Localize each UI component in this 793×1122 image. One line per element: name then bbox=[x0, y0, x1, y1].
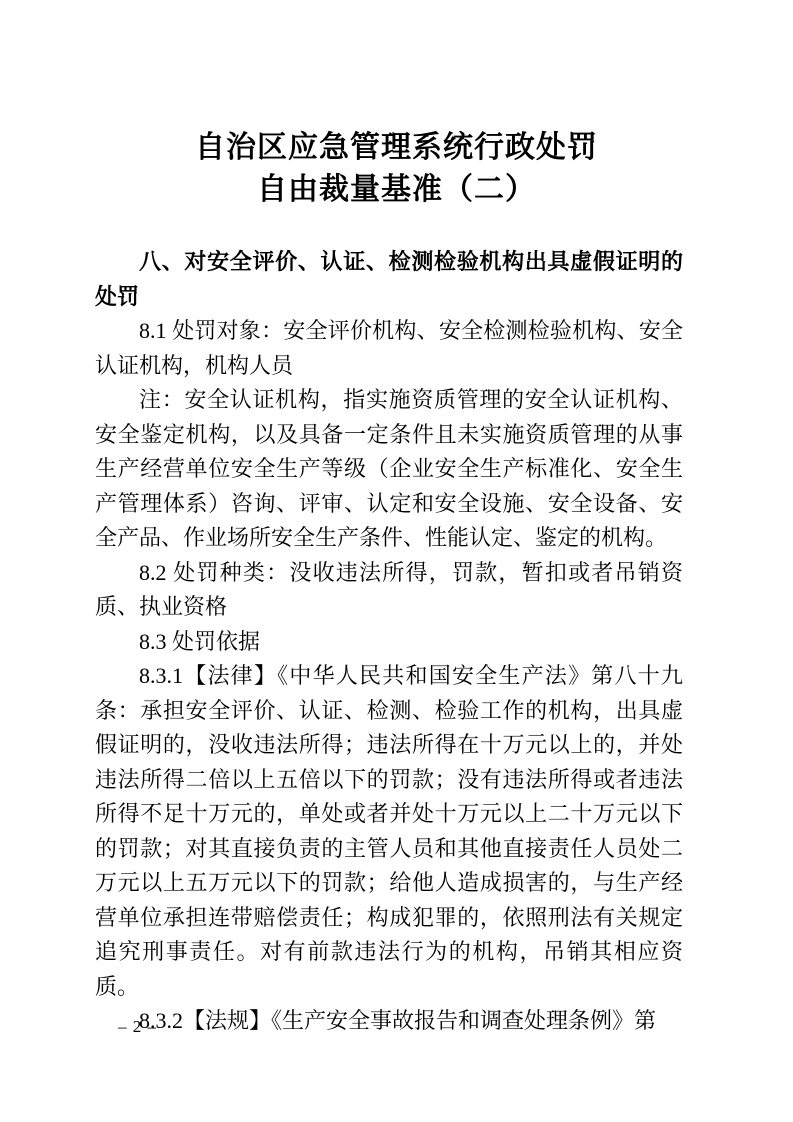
section-heading: 八、对安全评价、认证、检测检验机构出具虚假证明的处罚 bbox=[95, 245, 683, 314]
paragraph-penalty-basis: 8.3 处罚依据 bbox=[95, 625, 683, 660]
document-body: 八、对安全评价、认证、检测检验机构出具虚假证明的处罚 8.1 处罚对象：安全评价… bbox=[95, 245, 683, 1039]
title-line-2: 自由裁量基准（二） bbox=[0, 169, 793, 211]
title-line-1: 自治区应急管理系统行政处罚 bbox=[0, 127, 793, 169]
document-page: 自治区应急管理系统行政处罚 自由裁量基准（二） 八、对安全评价、认证、检测检验机… bbox=[0, 0, 793, 1122]
paragraph-regulation-basis: 8.3.2【法规】《生产安全事故报告和调查处理条例》第 bbox=[95, 1004, 683, 1039]
paragraph-penalty-types: 8.2 处罚种类：没收违法所得，罚款，暂扣或者吊销资质、执业资格 bbox=[95, 556, 683, 625]
document-title: 自治区应急管理系统行政处罚 自由裁量基准（二） bbox=[0, 127, 793, 211]
page-number: – 2 – bbox=[118, 1018, 157, 1036]
paragraph-penalty-target: 8.1 处罚对象：安全评价机构、安全检测检验机构、安全认证机构，机构人员 bbox=[95, 314, 683, 383]
paragraph-note: 注：安全认证机构，指实施资质管理的安全认证机构、安全鉴定机构，以及具备一定条件且… bbox=[95, 383, 683, 556]
paragraph-law-basis: 8.3.1【法律】《中华人民共和国安全生产法》第八十九条：承担安全评价、认证、检… bbox=[95, 659, 683, 1004]
